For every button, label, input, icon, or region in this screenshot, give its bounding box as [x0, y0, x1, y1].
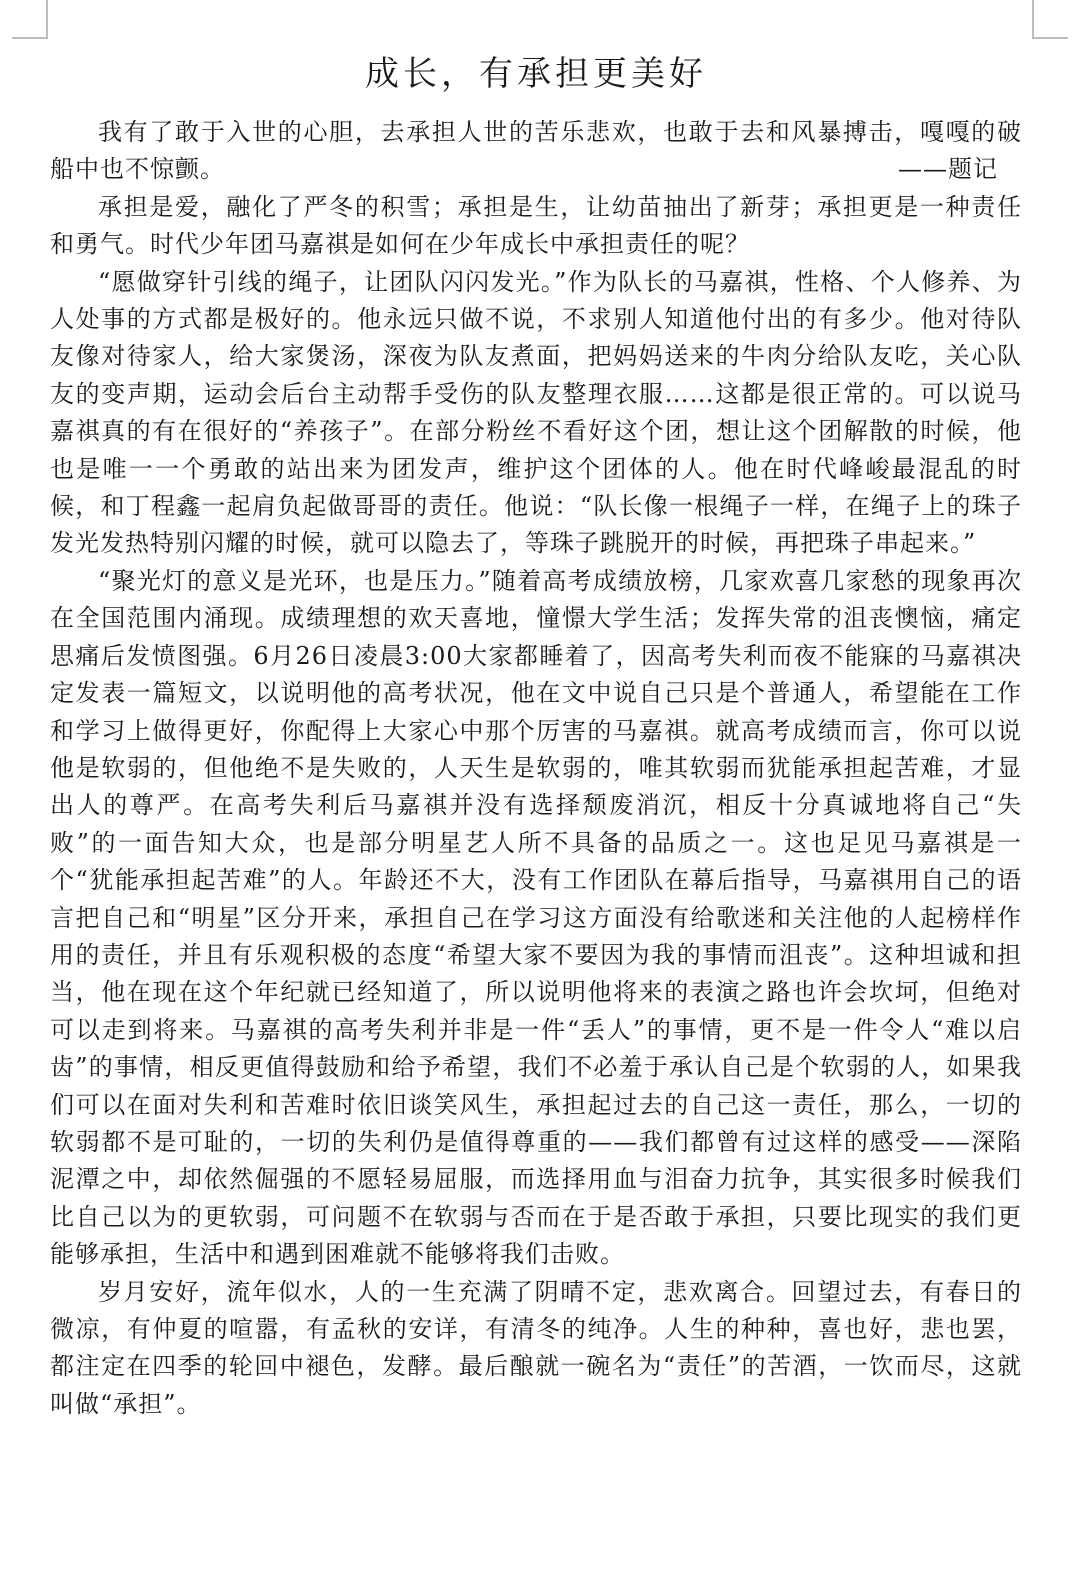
paragraph-2: “愿做穿针引线的绳子，让团队闪闪发光。”作为队长的马嘉祺，性格、个人修养、为人处… [50, 264, 1022, 563]
essay-title: 成长，有承担更美好 [50, 48, 1022, 100]
page-corner-mark-top-right [1032, 0, 1068, 39]
paragraph-1: 承担是爱，融化了严冬的积雪；承担是生，让幼苗抽出了新芽；承担更是一种责任和勇气。… [50, 189, 1022, 264]
epigraph-attribution: ——题记 [898, 151, 998, 188]
document-page: 成长，有承担更美好 我有了敢于入世的心胆，去承担人世的苦乐悲欢，也敢于去和风暴搏… [50, 48, 1022, 1423]
page-corner-mark-top-left [12, 0, 48, 39]
paragraph-3: “聚光灯的意义是光环，也是压力。”随着高考成绩放榜，几家欢喜几家愁的现象再次在全… [50, 563, 1022, 1274]
epigraph: 我有了敢于入世的心胆，去承担人世的苦乐悲欢，也敢于去和风暴搏击，嘎嘎的破船中也不… [50, 114, 1022, 189]
paragraph-4: 岁月安好，流年似水，人的一生充满了阴晴不定，悲欢离合。回望过去，有春日的微凉，有… [50, 1274, 1022, 1424]
epigraph-text: 我有了敢于入世的心胆，去承担人世的苦乐悲欢，也敢于去和风暴搏击，嘎嘎的破船中也不… [50, 114, 1022, 189]
